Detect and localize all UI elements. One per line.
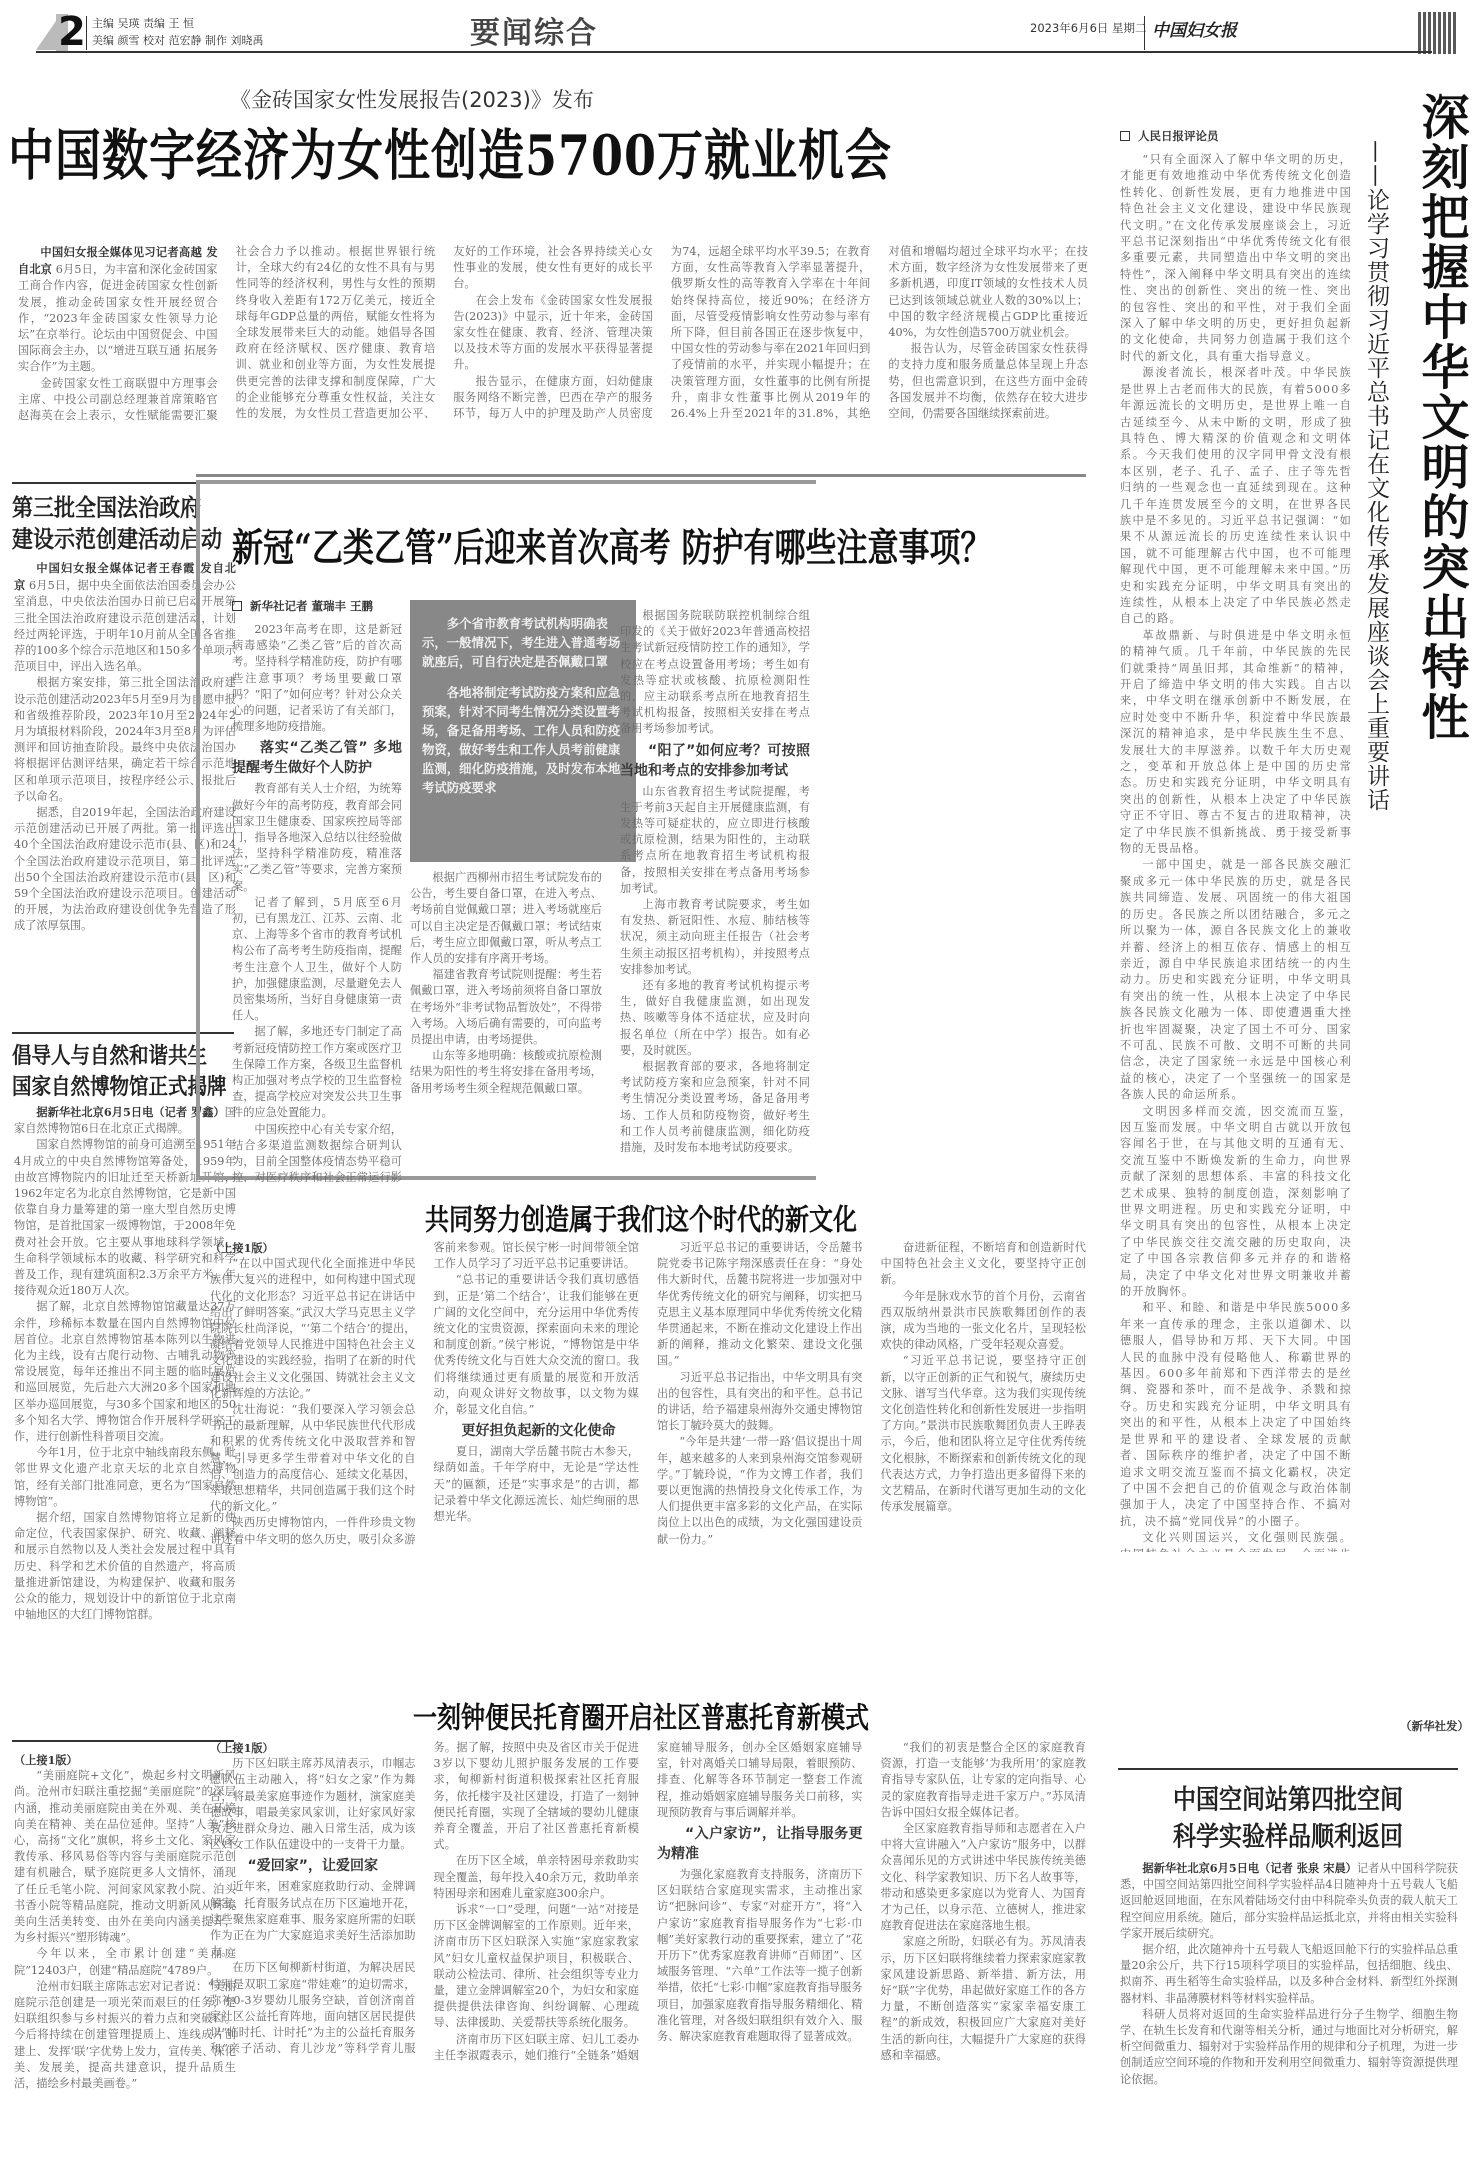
gaokao-pullquote: 多个省市教育考试机构明确表示，一般情况下，考生进入普通考场就座后，可自行决定是否… xyxy=(410,600,636,862)
pullquote-2: 各地将制定考试防疫方案和应急预案，针对不同考生情况分类设置考场，备足备用考场、工… xyxy=(422,683,624,797)
staff-credits: 主编 吴瑛 责编 王 恒 美编 颜雪 校对 范宏静 制作 刘晓禹 xyxy=(92,15,263,49)
space-paragraph: 据介绍，此次随神舟十五号载人飞船返回舱下行的实验样品总重量20余公斤，共下行15… xyxy=(1120,1942,1458,2007)
page-corner-decoration xyxy=(36,18,58,50)
courtyard-top-rule xyxy=(12,1740,234,1742)
qr-code-icon[interactable] xyxy=(1418,12,1458,54)
lead-headline: 中国数字经济为女性创造5700万就业机会 xyxy=(8,112,892,191)
byline-square-icon xyxy=(1120,131,1130,141)
commentary-source: （新华社发） xyxy=(1400,1718,1469,1734)
commentary-byline: 人民日报评论员 xyxy=(1138,129,1219,143)
space-paragraph: 科研人员将对返回的生命实验样品进行分子生物学、细胞生物学、在轨生长发育和代谢等相… xyxy=(1120,2007,1458,2088)
page-number: 2 xyxy=(58,12,86,52)
museum-paragraph: 据介绍，国家自然博物馆将立足新的使命定位，代表国家保护、研究、收藏、阐释和展示自… xyxy=(14,1510,236,1623)
commentary-body-narrow: “只有全面深入了解中华文明的历史，才能更有效地推动中华优秀传统文化创造性转化、创… xyxy=(1120,152,1352,1552)
museum-paragraph: 今年1月，位于北京中轴线南段东侧、毗邻世界文化遗产北京天坛的北京自然博物馆，经有… xyxy=(14,1445,236,1510)
space-headline: 中国空间站第四批空间 科学实验样品顺利返回 xyxy=(1118,1782,1458,1856)
commentary-byline-row: 人民日报评论员 xyxy=(1120,128,1219,144)
gaokao-byline-row: 新华社记者 董瑞丰 王鹏 xyxy=(232,598,373,614)
gaokao-intro: 2023年高考在即，这是新冠病毒感染“乙类乙管”后的首次高考。坚持科学精准防疫，… xyxy=(232,622,402,735)
space-top-rule xyxy=(1118,1768,1458,1770)
culture-headline: 共同努力创造属于我们这个时代的新文化 xyxy=(196,1196,1086,1238)
gaokao-col-2: 根据广西柳州市招生考试院发布的公告，考生要自备口罩，在进入考点、考场前自觉佩戴口… xyxy=(410,870,602,1180)
gaokao-headline: 新冠“乙类乙管”后迎来首次高考 防护有哪些注意事项？ xyxy=(232,516,991,572)
issue-date: 2023年6月6日 星期二 xyxy=(1030,20,1147,36)
header-rule xyxy=(36,51,1432,53)
space-byline: 据新华社北京6月5日电（记者 张泉 宋晨） xyxy=(1142,1861,1357,1875)
museum-body: 据新华社北京6月5日电（记者 罗鑫）国家自然博物馆6日在北京正式揭牌。 国家自然… xyxy=(14,1104,236,1654)
gaokao-col-1: 2023年高考在即，这是新冠病毒感染“乙类乙管”后的首次高考。坚持科学精准防疫，… xyxy=(232,622,402,1182)
header-divider-right xyxy=(1144,16,1145,50)
commentary-subtitle: ——论学习贯彻习近平总书记在文化传承发展座谈会上重要讲话 xyxy=(1360,140,1390,812)
childcare-continued: （上接1版） xyxy=(210,1740,416,1756)
culture-continued: （上接1版） xyxy=(210,1240,416,1256)
commentary-headline: 深刻把握中华文明的突出特性 xyxy=(1408,92,1468,742)
staff-line-1: 主编 吴瑛 责编 王 恒 xyxy=(92,15,263,32)
byline-square-icon xyxy=(232,601,242,611)
courtyard-continued: （上接1版） xyxy=(14,1752,236,1768)
culture-subhead: 更好担负起新的文化使命 xyxy=(434,1421,640,1441)
courtyard-body: （上接1版） “美丽庭院+文化”，焕起乡村文明新风尚。沧州市妇联注重挖掘“美丽庭… xyxy=(14,1752,236,2157)
lead-paragraph: 在会上发布《金砖国家女性发展报告(2023)》中显示，近十年来，金砖国家女性在健… xyxy=(453,293,653,374)
museum-paragraph: 据了解，北京自然博物馆馆藏量达37万余件，珍稀标本数量在国内自然博物馆中位居首位… xyxy=(14,1299,236,1445)
header-divider xyxy=(86,16,87,50)
lead-body: 中国妇女报全媒体见习记者高越 发自北京 6月5日，为丰富和深化金砖国家工商合作内… xyxy=(18,244,1088,456)
lead-bottom-rule xyxy=(196,474,1086,477)
gaokao-subhead-1: 落实“乙类乙管” 多地提醒考生做好个人防护 xyxy=(232,738,402,778)
culture-body: （上接1版） “在以中国式现代化全面推进中华民族伟大复兴的进程中，如何构建中国式… xyxy=(210,1240,1086,1668)
childcare-subhead-2: “入户家访”，让指导服务更为精准 xyxy=(657,1824,863,1864)
space-body: 据新华社北京6月5日电（记者 张泉 宋晨）记者从中国科学院获悉，中国空间站第四批… xyxy=(1120,1860,1458,2160)
gaokao-col-3: 根据国务院联防联控机制综合组印发的《关于做好2023年普通高校招生考试新冠疫情防… xyxy=(620,608,810,1178)
staff-line-2: 美编 颜雪 校对 范宏静 制作 刘晓禹 xyxy=(92,32,263,49)
gaokao-byline: 新华社记者 董瑞丰 王鹏 xyxy=(250,599,373,613)
lead-kicker: 《金砖国家女性发展报告(2023)》发布 xyxy=(230,84,594,114)
lead-paragraph: 报告认为，尽管金砖国家女性获得的支持力度和服务质量总体呈现上升态势，但也需意识到… xyxy=(888,341,1088,422)
lead-paragraph: 中国妇女报全媒体见习记者高越 发自北京 6月5日，为丰富和深化金砖国家工商合作内… xyxy=(18,244,218,376)
pullquote-1: 多个省市教育考试机构明确表示，一般情况下，考生进入普通考场就座后，可自行决定是否… xyxy=(422,614,624,671)
childcare-body: （上接1版） 历下区妇联主席苏凤清表示，巾帼志愿队伍主动融入，将“妇女之家”作为… xyxy=(210,1740,1086,2160)
section-title: 要闻综合 xyxy=(470,8,598,52)
gaokao-subhead-3: “阳了”如何应考？可按照当地和考点的安排参加考试 xyxy=(620,741,810,781)
childcare-headline: 一刻钟便民托育圈开启社区普惠托育新模式 xyxy=(196,1694,1086,1736)
newspaper-logo: 中国妇女报 xyxy=(1152,16,1237,41)
childcare-subhead-1: “爱回家”，让爱回家 xyxy=(210,1856,416,1876)
